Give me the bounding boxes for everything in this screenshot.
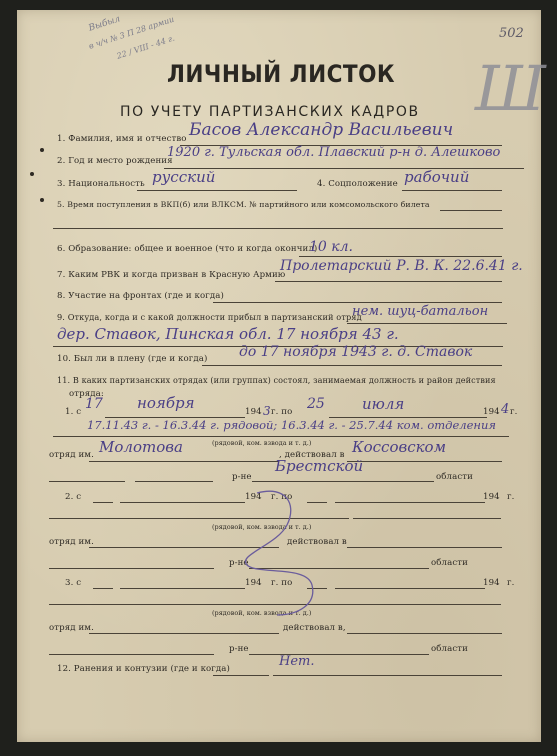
entry-2-g: г. [507,492,514,502]
entry-3-g: г. [507,578,514,588]
field-4-value: рабочий [404,168,469,186]
entry-1-g: г. [510,407,517,417]
field-5-label: 5. Время поступления в ВКП(б) или ВЛКСМ.… [57,200,430,209]
archive-page-number: 502 [499,26,524,41]
field-9-label: 9. Откуда, когда и с какой должности при… [57,312,362,322]
entry-1-to-day: 25 [307,396,325,412]
punch-mark [30,172,34,176]
entry-1-position: 17.11.43 г. - 16.3.44 г. рядовой; 16.3.4… [87,418,496,432]
entry-1-num: 1. с [65,407,81,417]
pencil-mark: Ш [475,52,546,125]
field-8-label: 8. Участие на фронтах (где и когда) [57,291,224,301]
cancel-strike-mark [217,485,357,625]
entry-1-from-month: ноября [137,394,195,412]
entry-1-region: Брестской [275,457,363,475]
corner-note-line-1: Выбыл [87,14,121,34]
punch-mark [40,148,44,152]
field-12-value: Нет. [279,654,315,669]
entry-1-to-year-prefix: 194 [483,407,500,417]
field-3-value: русский [152,168,215,186]
field-9-value-line1: нем. шуц-батальон [352,304,488,319]
personal-record-sheet: Выбыл в ч/ч № 3 П 28 армии 22 / VIII - 4… [17,10,541,742]
document-subtitle: ПО УЧЕТУ ПАРТИЗАНСКИХ КАДРОВ [120,104,420,120]
entry-3-oblasti-label: области [431,644,468,654]
entry-3-rne-label: р-не [229,644,249,654]
field-1-label: 1. Фамилия, имя и отчество [57,134,187,144]
field-10-label: 10. Был ли в плену (где и когда) [57,354,207,364]
field-11-label: 11. В каких партизанских отрядах (или гр… [57,375,496,385]
entry-3-num: 3. с [65,578,81,588]
entry-1-from-year-prefix: 194 [245,407,262,417]
entry-2-otryad-label: отряд им. [49,537,94,547]
entry-1-from-day: 17 [85,396,103,412]
entry-1-from-year-suffix: 3 [263,404,271,418]
field-7-value: Пролетарский Р. В. К. 22.6.41 г. [280,258,523,274]
field-10-value: до 17 ноября 1943 г. д. Ставок [239,344,472,360]
field-9-value-line2: дер. Ставок, Пинская обл. 17 ноября 43 г… [57,325,399,343]
entry-1-position-hint: (рядовой, ком. взвода и т. д.) [212,439,311,447]
entry-2-num: 2. с [65,492,81,502]
entry-1-district: Коссовском [352,438,446,456]
field-2-value: 1920 г. Тульская обл. Плавский р-н д. Ал… [167,145,500,160]
field-4-label: 4. Соцположение [317,179,398,189]
entry-3-otryad-label: отряд им. [49,623,94,633]
document-title: ЛИЧНЫЙ ЛИСТОК [167,60,395,88]
entry-1-to-year-suffix: 4 [501,402,509,417]
field-6-label: 6. Образование: общее и военное (что и к… [57,244,317,254]
field-3-label: 3. Национальность [57,179,145,189]
entry-1-oblasti-label: области [436,472,473,482]
entry-3-to-year-prefix: 194 [483,578,500,588]
field-12-label: 12. Ранения и контузии (где и когда) [57,664,230,674]
field-2-label: 2. Год и место рождения [57,156,173,166]
entry-2-to-year-prefix: 194 [483,492,500,502]
entry-1-rne-label: р-не [232,472,252,482]
entry-1-otryad-label: отряд им. [49,450,94,460]
field-7-label: 7. Каким РВК и когда призван в Красную А… [57,270,285,280]
entry-1-otryad: Молотова [99,438,183,456]
entry-2-oblasti-label: области [431,558,468,568]
field-1-value: Басов Александр Васильевич [189,120,453,140]
entry-1-to-month: июля [362,395,404,413]
entry-1-g-po: г. по [271,407,292,417]
punch-mark [40,198,44,202]
field-6-value: 10 кл. [309,239,353,255]
